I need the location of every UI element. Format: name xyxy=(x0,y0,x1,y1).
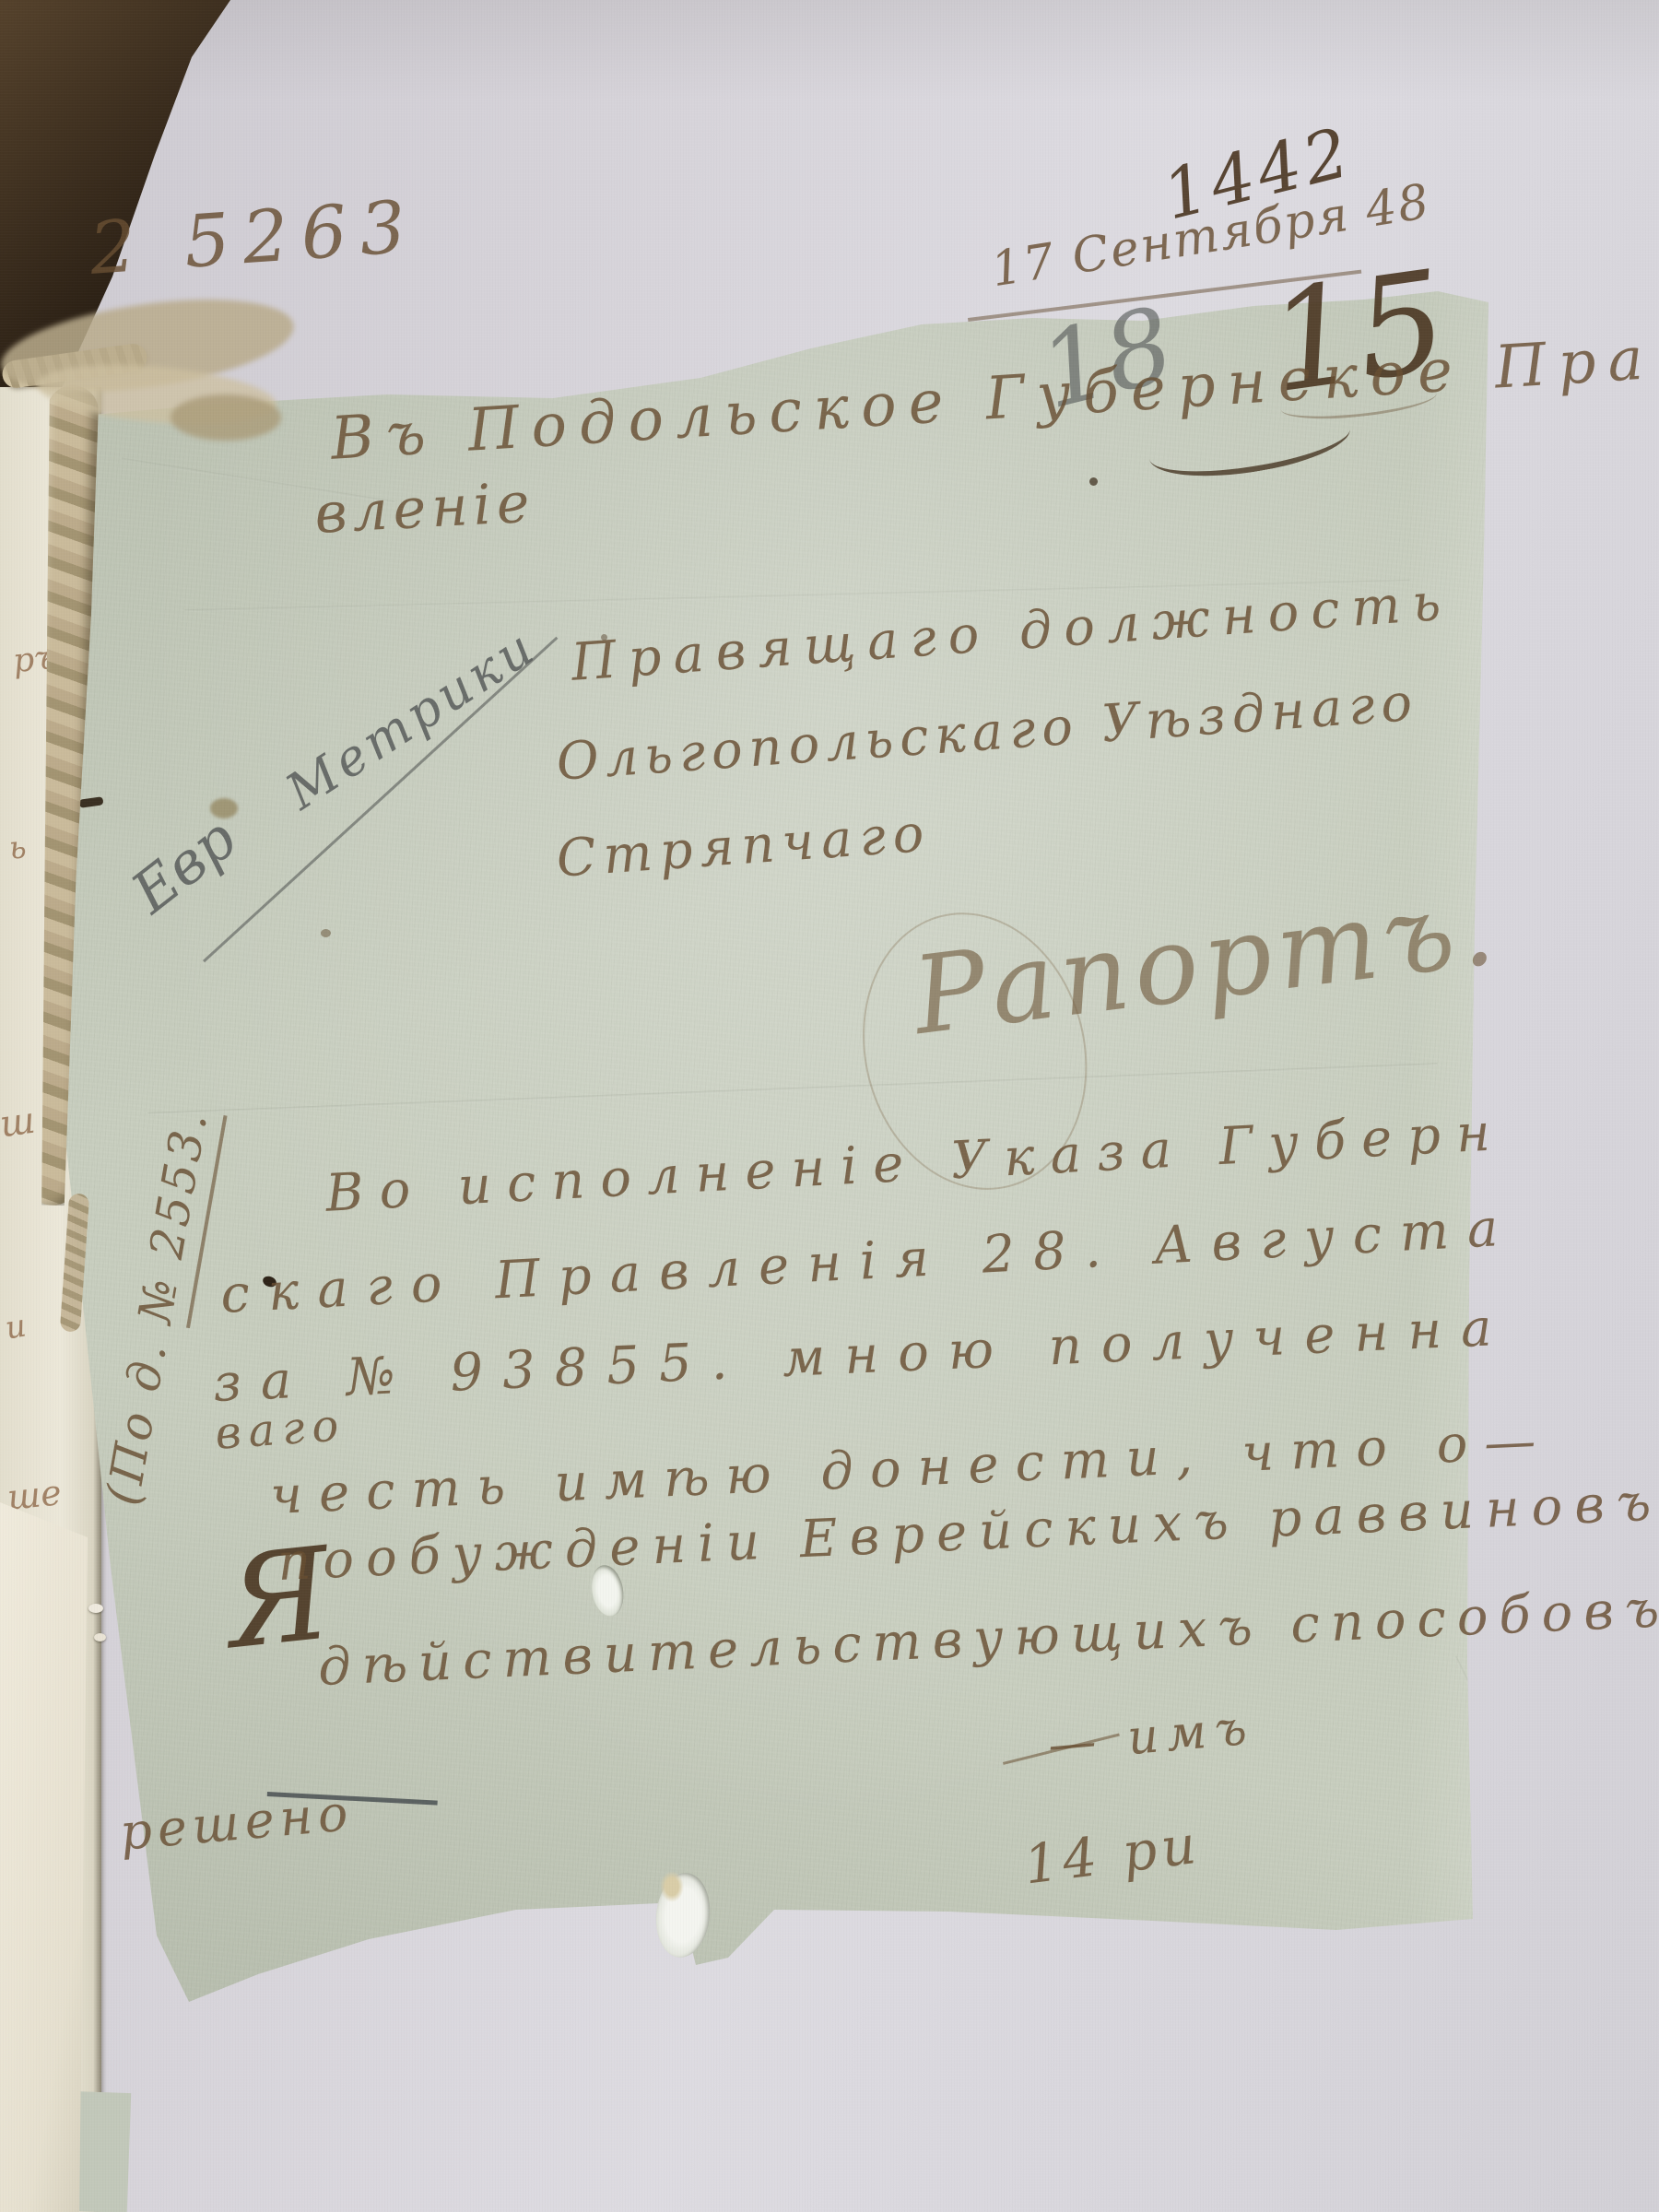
binding-fibers xyxy=(171,394,281,441)
small-stain xyxy=(321,929,331,937)
stitch-hole-thread xyxy=(94,1633,106,1641)
ink-dot xyxy=(1089,477,1098,486)
underlayer-text-fragment: ь xyxy=(8,829,28,866)
photo-of-archival-document: ръ ь ш и ше 2 5263 1442 17 Сентября 48 1… xyxy=(0,0,1659,2212)
paper-crease xyxy=(147,1063,1437,1115)
torn-paper-fiber xyxy=(660,1871,684,1902)
underlayer-text-fragment: и xyxy=(3,1307,29,1347)
stitch-hole-thread xyxy=(88,1604,103,1613)
overlapping-page-corner xyxy=(0,1502,92,2212)
body-line-4: ваго xyxy=(214,1403,347,1456)
underlayer-text-fragment: ш xyxy=(0,1100,38,1147)
heading-line-2: вленіе xyxy=(313,475,536,541)
registry-number-top-left: 2 5263 xyxy=(88,191,421,286)
